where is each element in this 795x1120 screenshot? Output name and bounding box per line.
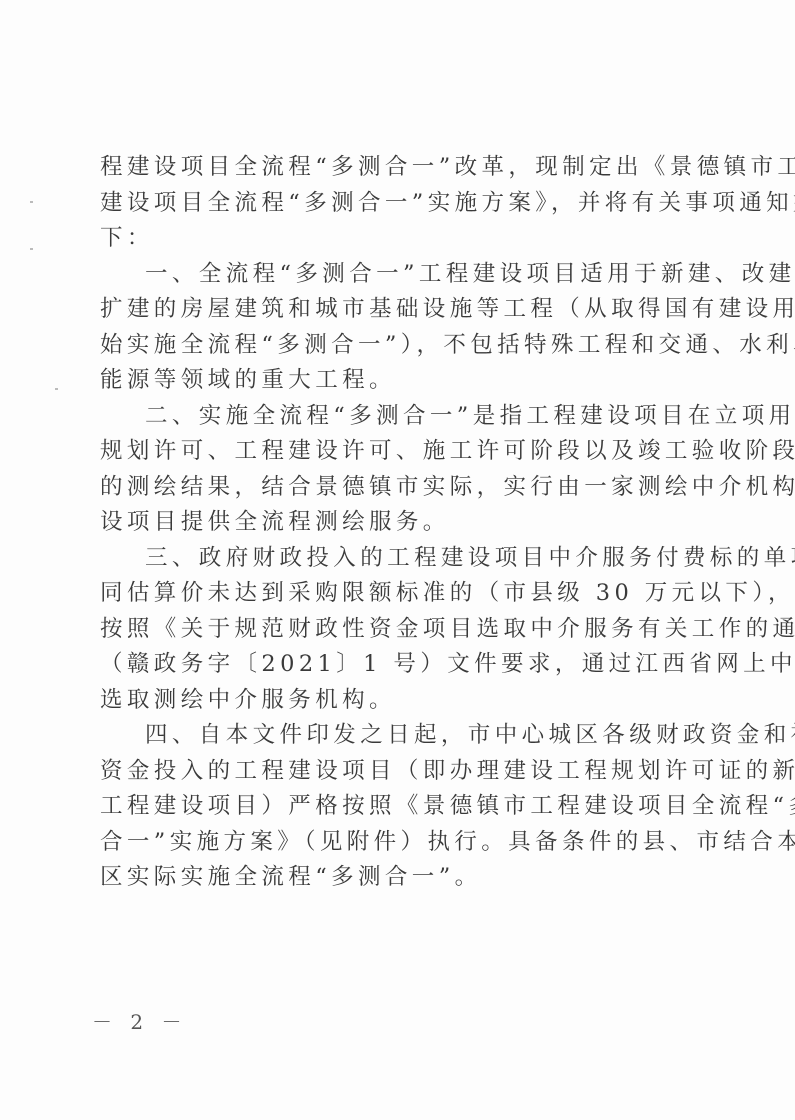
scan-speck: [55, 388, 58, 390]
text-line: 建设项目全流程“多测合一”实施方案》，并将有关事项通知如: [100, 186, 694, 222]
paragraph-intro: 程建设项目全流程“多测合一”改革，现制定出《景德镇市工程 建设项目全流程“多测合…: [100, 150, 694, 257]
text-line: 按照《关于规范财政性资金项目选取中介服务有关工作的通知》: [100, 612, 694, 648]
text-line: 同估算价未达到采购限额标准的（市县级 30 万元以下），严格: [100, 576, 694, 612]
text-line: 的测绘结果，结合景德镇市实际，实行由一家测绘中介机构为建: [100, 470, 694, 506]
text-line: 选取测绘中介服务机构。: [100, 683, 694, 719]
text-line: 工程建设项目）严格按照《景德镇市工程建设项目全流程“多测: [100, 789, 694, 825]
text-line: 合一”实施方案》（见附件）执行。具备条件的县、市结合本地: [100, 825, 694, 861]
page-number: － 2 －: [92, 1006, 187, 1035]
text-line: 规划许可、工程建设许可、施工许可阶段以及竣工验收阶段涉及: [100, 434, 694, 470]
text-line: 二、实施全流程“多测合一”是指工程建设项目在立项用地: [100, 399, 694, 435]
text-line: 设项目提供全流程测绘服务。: [100, 505, 694, 541]
paragraph-item-2: 二、实施全流程“多测合一”是指工程建设项目在立项用地 规划许可、工程建设许可、施…: [100, 399, 694, 541]
text-line: 四、自本文件印发之日起，市中心城区各级财政资金和社会: [100, 718, 694, 754]
text-line: 始实施全流程“多测合一”），不包括特殊工程和交通、水利、: [100, 328, 694, 364]
paragraph-item-4: 四、自本文件印发之日起，市中心城区各级财政资金和社会 资金投入的工程建设项目（即…: [100, 718, 694, 896]
text-line: 程建设项目全流程“多测合一”改革，现制定出《景德镇市工程: [100, 150, 694, 186]
document-page: 程建设项目全流程“多测合一”改革，现制定出《景德镇市工程 建设项目全流程“多测合…: [0, 0, 795, 1120]
text-line: 资金投入的工程建设项目（即办理建设工程规划许可证的新开工: [100, 754, 694, 790]
scan-speck: [30, 201, 33, 203]
text-line: 扩建的房屋建筑和城市基础设施等工程（从取得国有建设用地开: [100, 292, 694, 328]
paragraph-item-3: 三、政府财政投入的工程建设项目中介服务付费标的单项合 同估算价未达到采购限额标准…: [100, 541, 694, 719]
text-line: 下：: [100, 221, 694, 257]
text-line: 能源等领域的重大工程。: [100, 363, 694, 399]
text-line: 三、政府财政投入的工程建设项目中介服务付费标的单项合: [100, 541, 694, 577]
text-line: （赣政务字〔2021〕1 号）文件要求，通过江西省网上中介超市: [100, 647, 694, 683]
scan-speck: [30, 248, 33, 250]
paragraph-item-1: 一、全流程“多测合一”工程建设项目适用于新建、改建、 扩建的房屋建筑和城市基础设…: [100, 257, 694, 399]
document-body: 程建设项目全流程“多测合一”改革，现制定出《景德镇市工程 建设项目全流程“多测合…: [100, 150, 694, 896]
text-line: 一、全流程“多测合一”工程建设项目适用于新建、改建、: [100, 257, 694, 293]
text-line: 区实际实施全流程“多测合一”。: [100, 860, 694, 896]
